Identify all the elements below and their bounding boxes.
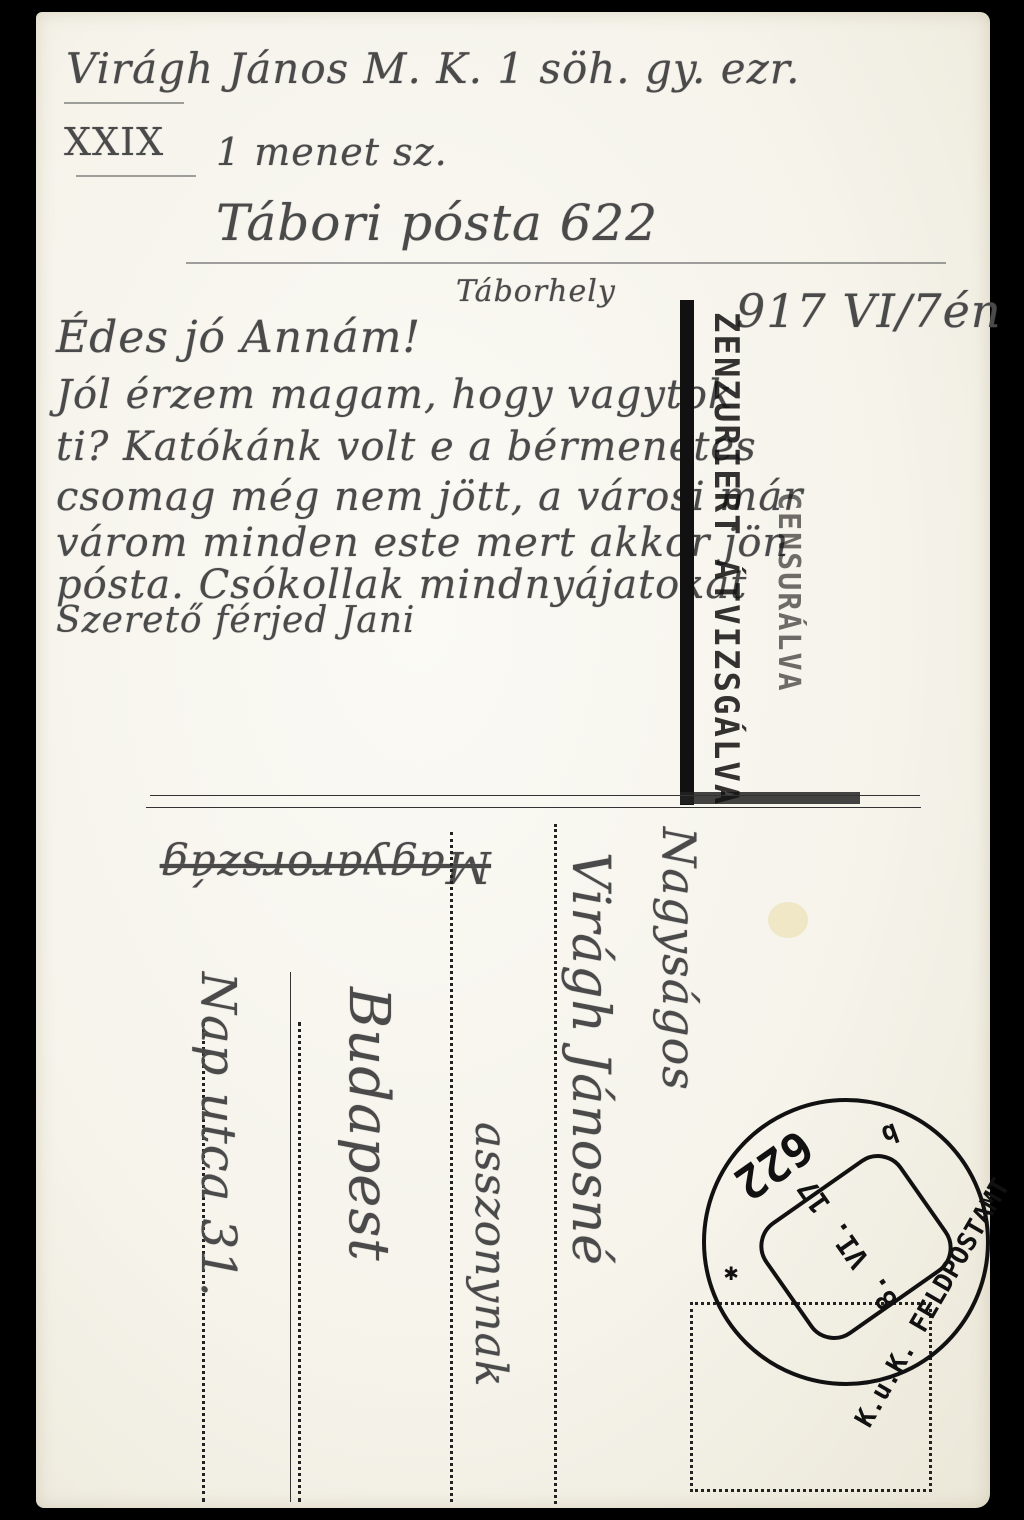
postcard: Virágh János M. K. 1 söh. gy. ezr. XXIX … [36, 12, 990, 1508]
sender-underline [64, 102, 184, 104]
sender-name-line: Virágh János M. K. 1 söh. gy. ezr. [66, 44, 801, 93]
message-signature: Szerető férjed Jani [56, 600, 415, 641]
censor-stamp-bar [680, 300, 694, 805]
address-line: Nap utca 31. [190, 972, 246, 1298]
message-line: Jól érzem magam, hogy vagytok [56, 372, 733, 418]
address-line: Virágh Jánosné [560, 852, 620, 1266]
message-greeting: Édes jó Annám! [56, 312, 421, 363]
address-dotted-line [554, 824, 557, 1504]
postmark-star-icon: ✱ [724, 1258, 738, 1286]
censor-stamp-line2: CENSURÁLVA [771, 492, 806, 693]
sender-menet-line: 1 menet sz. [216, 130, 448, 174]
date-prefix: Táborhely [456, 274, 616, 309]
roman-underline [76, 175, 196, 177]
address-separator-top [150, 795, 920, 796]
address-line: asszonynak [465, 1122, 516, 1388]
address-line: Nagyságos [652, 827, 706, 1091]
address-line: Budapest [336, 987, 401, 1262]
paper-stain [768, 902, 808, 938]
address-separator-bottom [146, 807, 921, 808]
sender-unit-roman: XXIX [64, 120, 164, 164]
sender-divider [186, 262, 946, 264]
sender-field-post: Tábori pósta 622 [216, 194, 658, 252]
address-dotted-line [298, 1022, 301, 1502]
message-line: ti? Katókánk volt e a bérmenetes [56, 424, 757, 470]
address-divider-line [290, 972, 291, 1502]
postmark: 622 8. VI. 17 K.u.K. FELDPOSTAMT b ✱ [702, 1098, 992, 1388]
address-dotted-line [450, 832, 453, 1502]
censor-stamp: ZENZURIERT ÁTVIZSGÁLVA CENSURÁLVA [676, 292, 876, 817]
address-crossed-out: Magyarország [160, 841, 491, 892]
censor-stamp-line1: ZENZURIERT ÁTVIZSGÁLVA [706, 312, 746, 806]
